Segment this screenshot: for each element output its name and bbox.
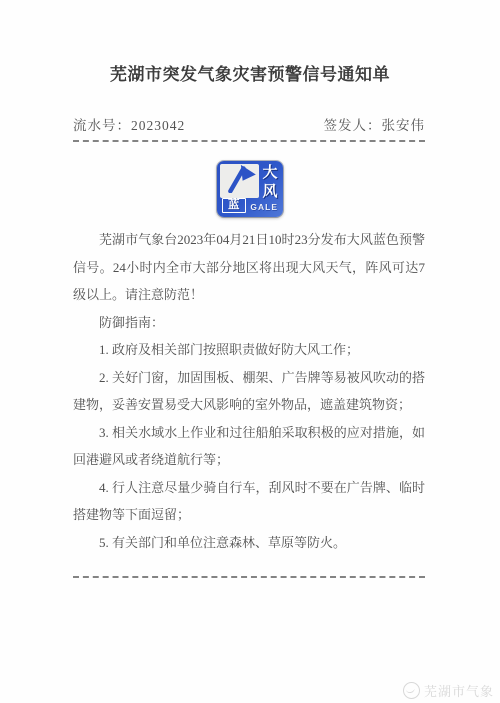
notice-document: 芜湖市突发气象灾害预警信号通知单 流水号：2023042 签发人：张安伟 大 风…: [0, 0, 500, 703]
watermark: 芜湖市气象: [403, 681, 494, 700]
gale-blue-warning-icon: 大 风 蓝 GALE: [217, 161, 283, 217]
notice-body: 芜湖市气象台2023年04月21日10时23分发布大风蓝色预警信号。24小时内全…: [73, 226, 425, 556]
watermark-logo-icon: [403, 682, 420, 699]
warning-type-char-1: 大: [262, 165, 277, 180]
guideline-item-4: 4. 行人注意尽量少骑自行车，刮风时不要在广告牌、临时搭建物等下面逗留；: [73, 474, 425, 529]
guideline-item-5: 5. 有关部门和单位注意森林、草原等防火。: [73, 529, 425, 557]
guideline-item-2: 2. 关好门窗，加固围板、棚架、广告牌等易被风吹动的搭建物，妥善安置易受大风影响…: [73, 364, 425, 419]
bottom-divider: [73, 576, 425, 578]
warning-english-label: GALE: [250, 202, 278, 212]
body-paragraph-main: 芜湖市气象台2023年04月21日10时23分发布大风蓝色预警信号。24小时内全…: [73, 226, 425, 309]
warning-type-char-2: 风: [262, 184, 277, 199]
warning-level-badge: 蓝: [222, 198, 246, 214]
issuer: 签发人：张安伟: [324, 114, 426, 134]
guideline-heading: 防御指南：: [73, 309, 425, 337]
guideline-item-1: 1. 政府及相关部门按照职责做好防大风工作；: [73, 336, 425, 364]
wind-flag-icon: [223, 164, 257, 198]
serial-number: 流水号：2023042: [73, 114, 185, 134]
watermark-text: 芜湖市气象: [424, 681, 494, 700]
serial-value: 2023042: [131, 118, 185, 133]
page-title: 芜湖市突发气象灾害预警信号通知单: [0, 60, 500, 85]
issuer-label: 签发人：: [324, 118, 382, 133]
top-divider: [73, 140, 425, 142]
issuer-value: 张安伟: [382, 118, 426, 133]
meta-row: 流水号：2023042 签发人：张安伟: [73, 114, 425, 134]
guideline-item-3: 3. 相关水域水上作业和过往船舶采取积极的应对措施，如回港避风或者绕道航行等；: [73, 419, 425, 474]
serial-label: 流水号：: [73, 118, 131, 133]
warning-type-label: 大 风: [260, 163, 280, 201]
warning-icon-flag-panel: [220, 164, 259, 198]
